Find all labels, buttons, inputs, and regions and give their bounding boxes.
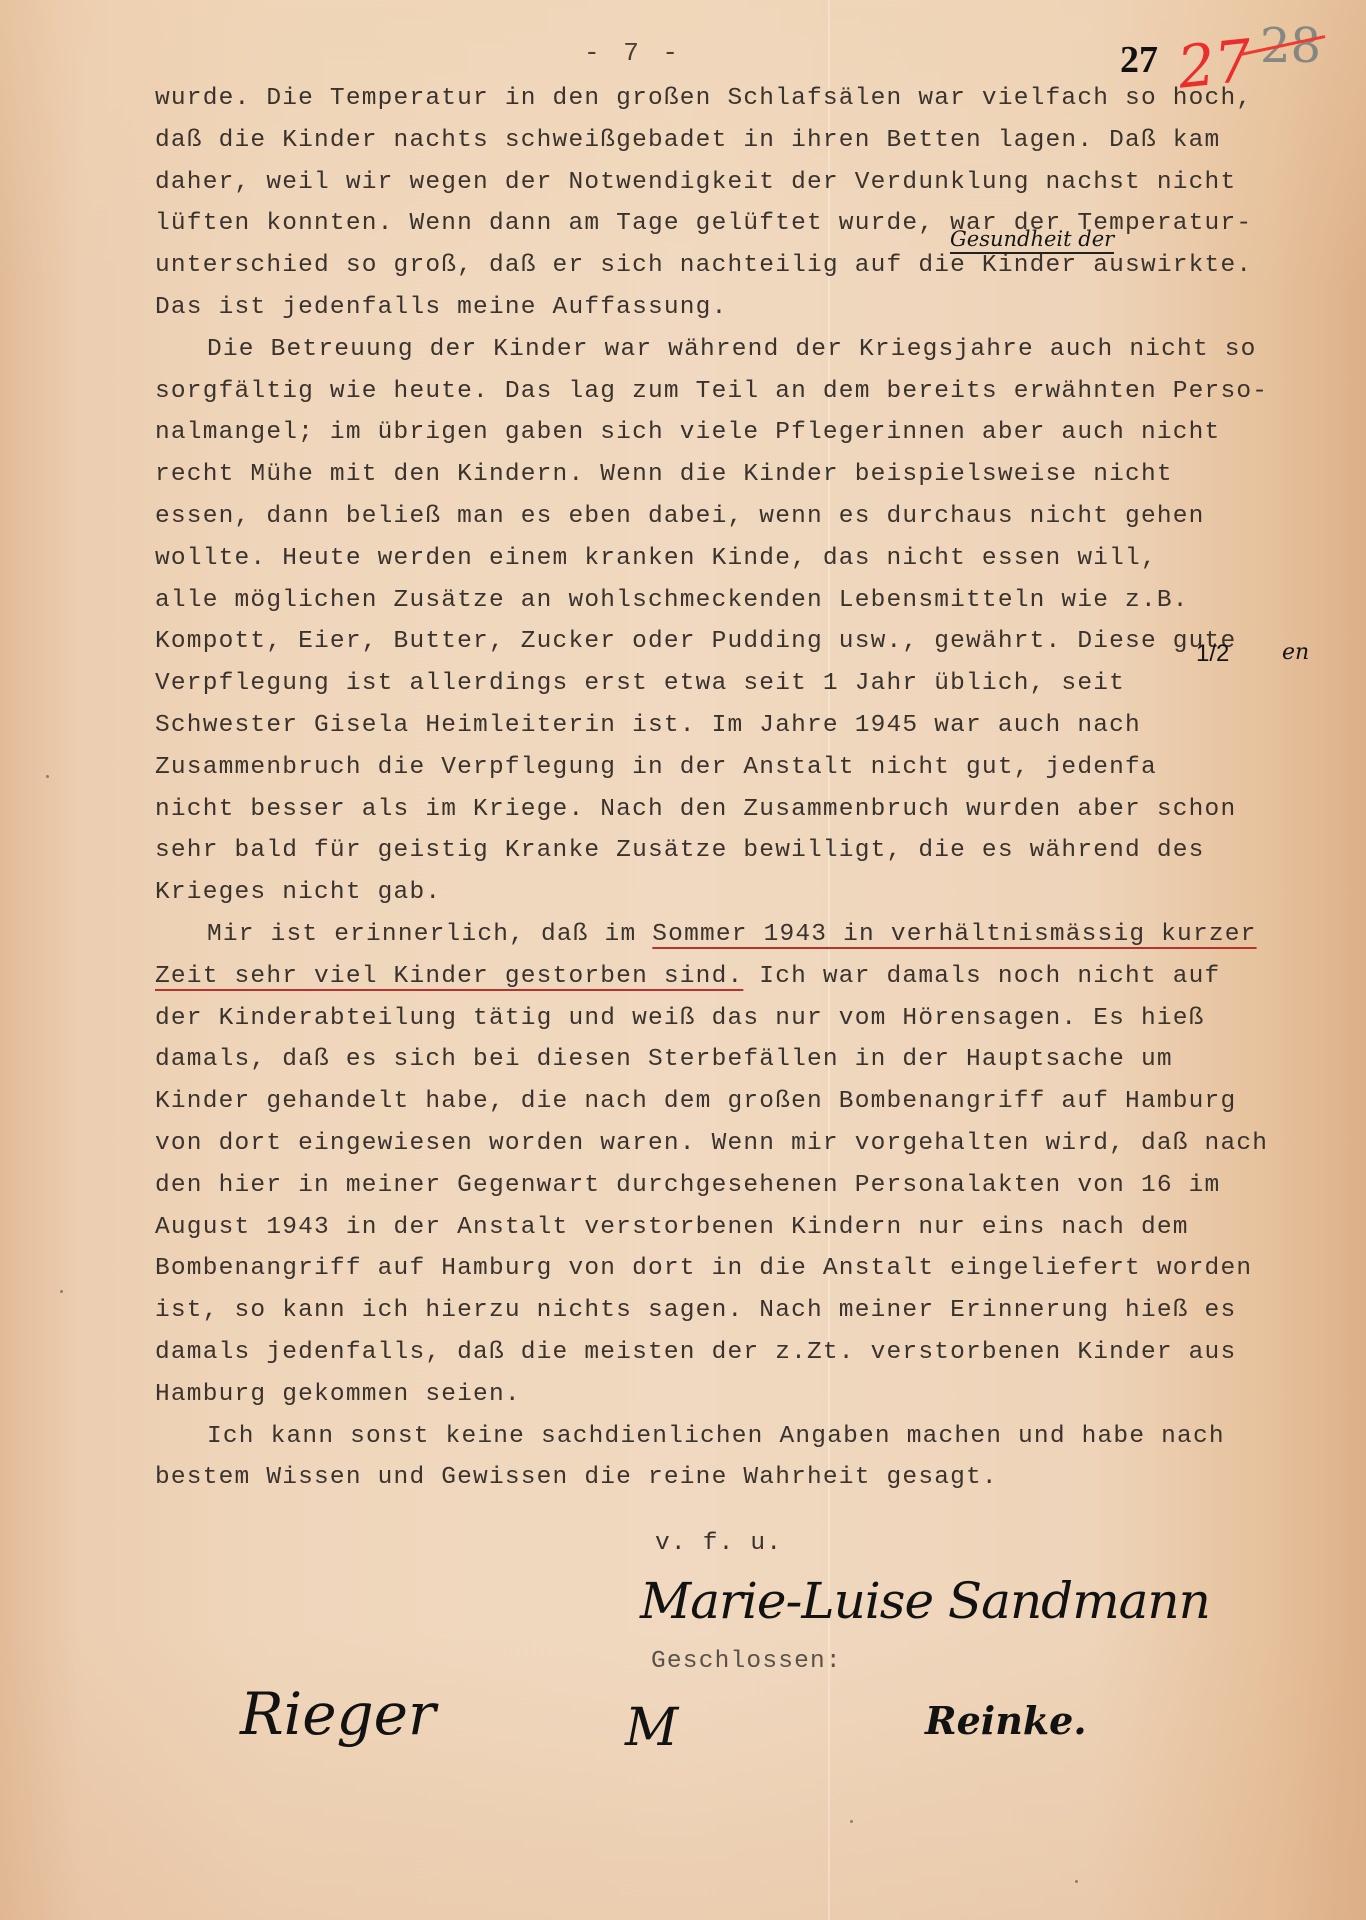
text-segment: Ich war damals noch nicht auf	[743, 963, 1220, 990]
text-line: nalmangel; im übrigen gaben sich viele P…	[155, 412, 1365, 454]
text-line: den hier in meiner Gegenwart durchgesehe…	[155, 1165, 1365, 1207]
text-line: Bombenangriff auf Hamburg von dort in di…	[155, 1248, 1365, 1290]
folio-stamp: 27	[1120, 38, 1158, 82]
text-line: Krieges nicht gab.	[155, 872, 1365, 914]
text-line: Zusammenbruch die Verpflegung in der Ans…	[155, 747, 1365, 789]
text-line-underlined: Zeit sehr viel Kinder gestorben sind. Ic…	[155, 956, 1365, 998]
text-line: wollte. Heute werden einem kranken Kinde…	[155, 538, 1365, 580]
paper-speck	[60, 1290, 63, 1293]
page-number: - 7 -	[584, 38, 682, 68]
text-line: essen, dann beließ man es eben dabei, we…	[155, 496, 1365, 538]
paragraph-start: Ich kann sonst keine sachdienlichen Anga…	[155, 1416, 1365, 1458]
text-line: sorgfältig wie heute. Das lag zum Teil a…	[155, 371, 1365, 413]
signature-middle: M	[625, 1698, 678, 1758]
text-line: Schwester Gisela Heimleiterin ist. Im Ja…	[155, 705, 1365, 747]
text-line: damals, daß es sich bei diesen Sterbefäl…	[155, 1039, 1365, 1081]
text-line: recht Mühe mit den Kindern. Wenn die Kin…	[155, 454, 1365, 496]
signature-witness: Marie-Luise Sandmann	[640, 1572, 1210, 1630]
text-line: sehr bald für geistig Kranke Zusätze bew…	[155, 830, 1365, 872]
text-segment: Mir ist erinnerlich, daß im	[207, 921, 652, 948]
signature-right: Reinke.	[925, 1698, 1087, 1743]
geschlossen-label: Geschlossen:	[651, 1648, 842, 1675]
red-underlined-text: Sommer 1943 in verhältnismässig kurzer	[652, 921, 1256, 948]
handwritten-insertion-half: 1/2	[1196, 640, 1229, 668]
signature-left: Rieger	[240, 1680, 436, 1748]
text-line: August 1943 in der Anstalt verstorbenen …	[155, 1207, 1365, 1249]
text-line: Das ist jedenfalls meine Auffassung.	[155, 287, 1365, 329]
text-line: daher, weil wir wegen der Notwendigkeit …	[155, 162, 1365, 204]
text-line: der Kinderabteilung tätig und weiß das n…	[155, 998, 1365, 1040]
text-line: Hamburg gekommen seien.	[155, 1374, 1365, 1416]
vfu-text: v. f. u.	[655, 1530, 782, 1557]
handwritten-insertion-en: en	[1282, 640, 1309, 665]
text-line: Kompott, Eier, Butter, Zucker oder Puddi…	[155, 621, 1365, 663]
text-line: unterschied so groß, daß er sich nachtei…	[155, 245, 1365, 287]
text-line: von dort eingewiesen worden waren. Wenn …	[155, 1123, 1365, 1165]
text-line: daß die Kinder nachts schweißgebadet in …	[155, 120, 1365, 162]
text-line: bestem Wissen und Gewissen die reine Wah…	[155, 1457, 1365, 1499]
text-line: Kinder gehandelt habe, die nach dem groß…	[155, 1081, 1365, 1123]
paper-speck	[850, 1820, 853, 1823]
text-line: alle möglichen Zusätze an wohlschmeckend…	[155, 580, 1365, 622]
typewritten-body: wurde. Die Temperatur in den großen Schl…	[155, 78, 1365, 1499]
handwritten-insertion-gesundheit: Gesundheit der	[950, 227, 1114, 254]
red-underlined-text: Zeit sehr viel Kinder gestorben sind.	[155, 963, 743, 990]
paper-speck	[1075, 1880, 1078, 1883]
text-line: Verpflegung ist allerdings erst etwa sei…	[155, 663, 1365, 705]
text-line: lüften konnten. Wenn dann am Tage gelüft…	[155, 203, 1365, 245]
text-line: wurde. Die Temperatur in den großen Schl…	[155, 78, 1365, 120]
paragraph-start-underlined: Mir ist erinnerlich, daß im Sommer 1943 …	[155, 914, 1365, 956]
text-line: damals jedenfalls, daß die meisten der z…	[155, 1332, 1365, 1374]
paper-speck	[46, 775, 49, 778]
paragraph-start: Die Betreuung der Kinder war während der…	[155, 329, 1365, 371]
text-line: nicht besser als im Kriege. Nach den Zus…	[155, 789, 1365, 831]
text-line: ist, so kann ich hierzu nichts sagen. Na…	[155, 1290, 1365, 1332]
